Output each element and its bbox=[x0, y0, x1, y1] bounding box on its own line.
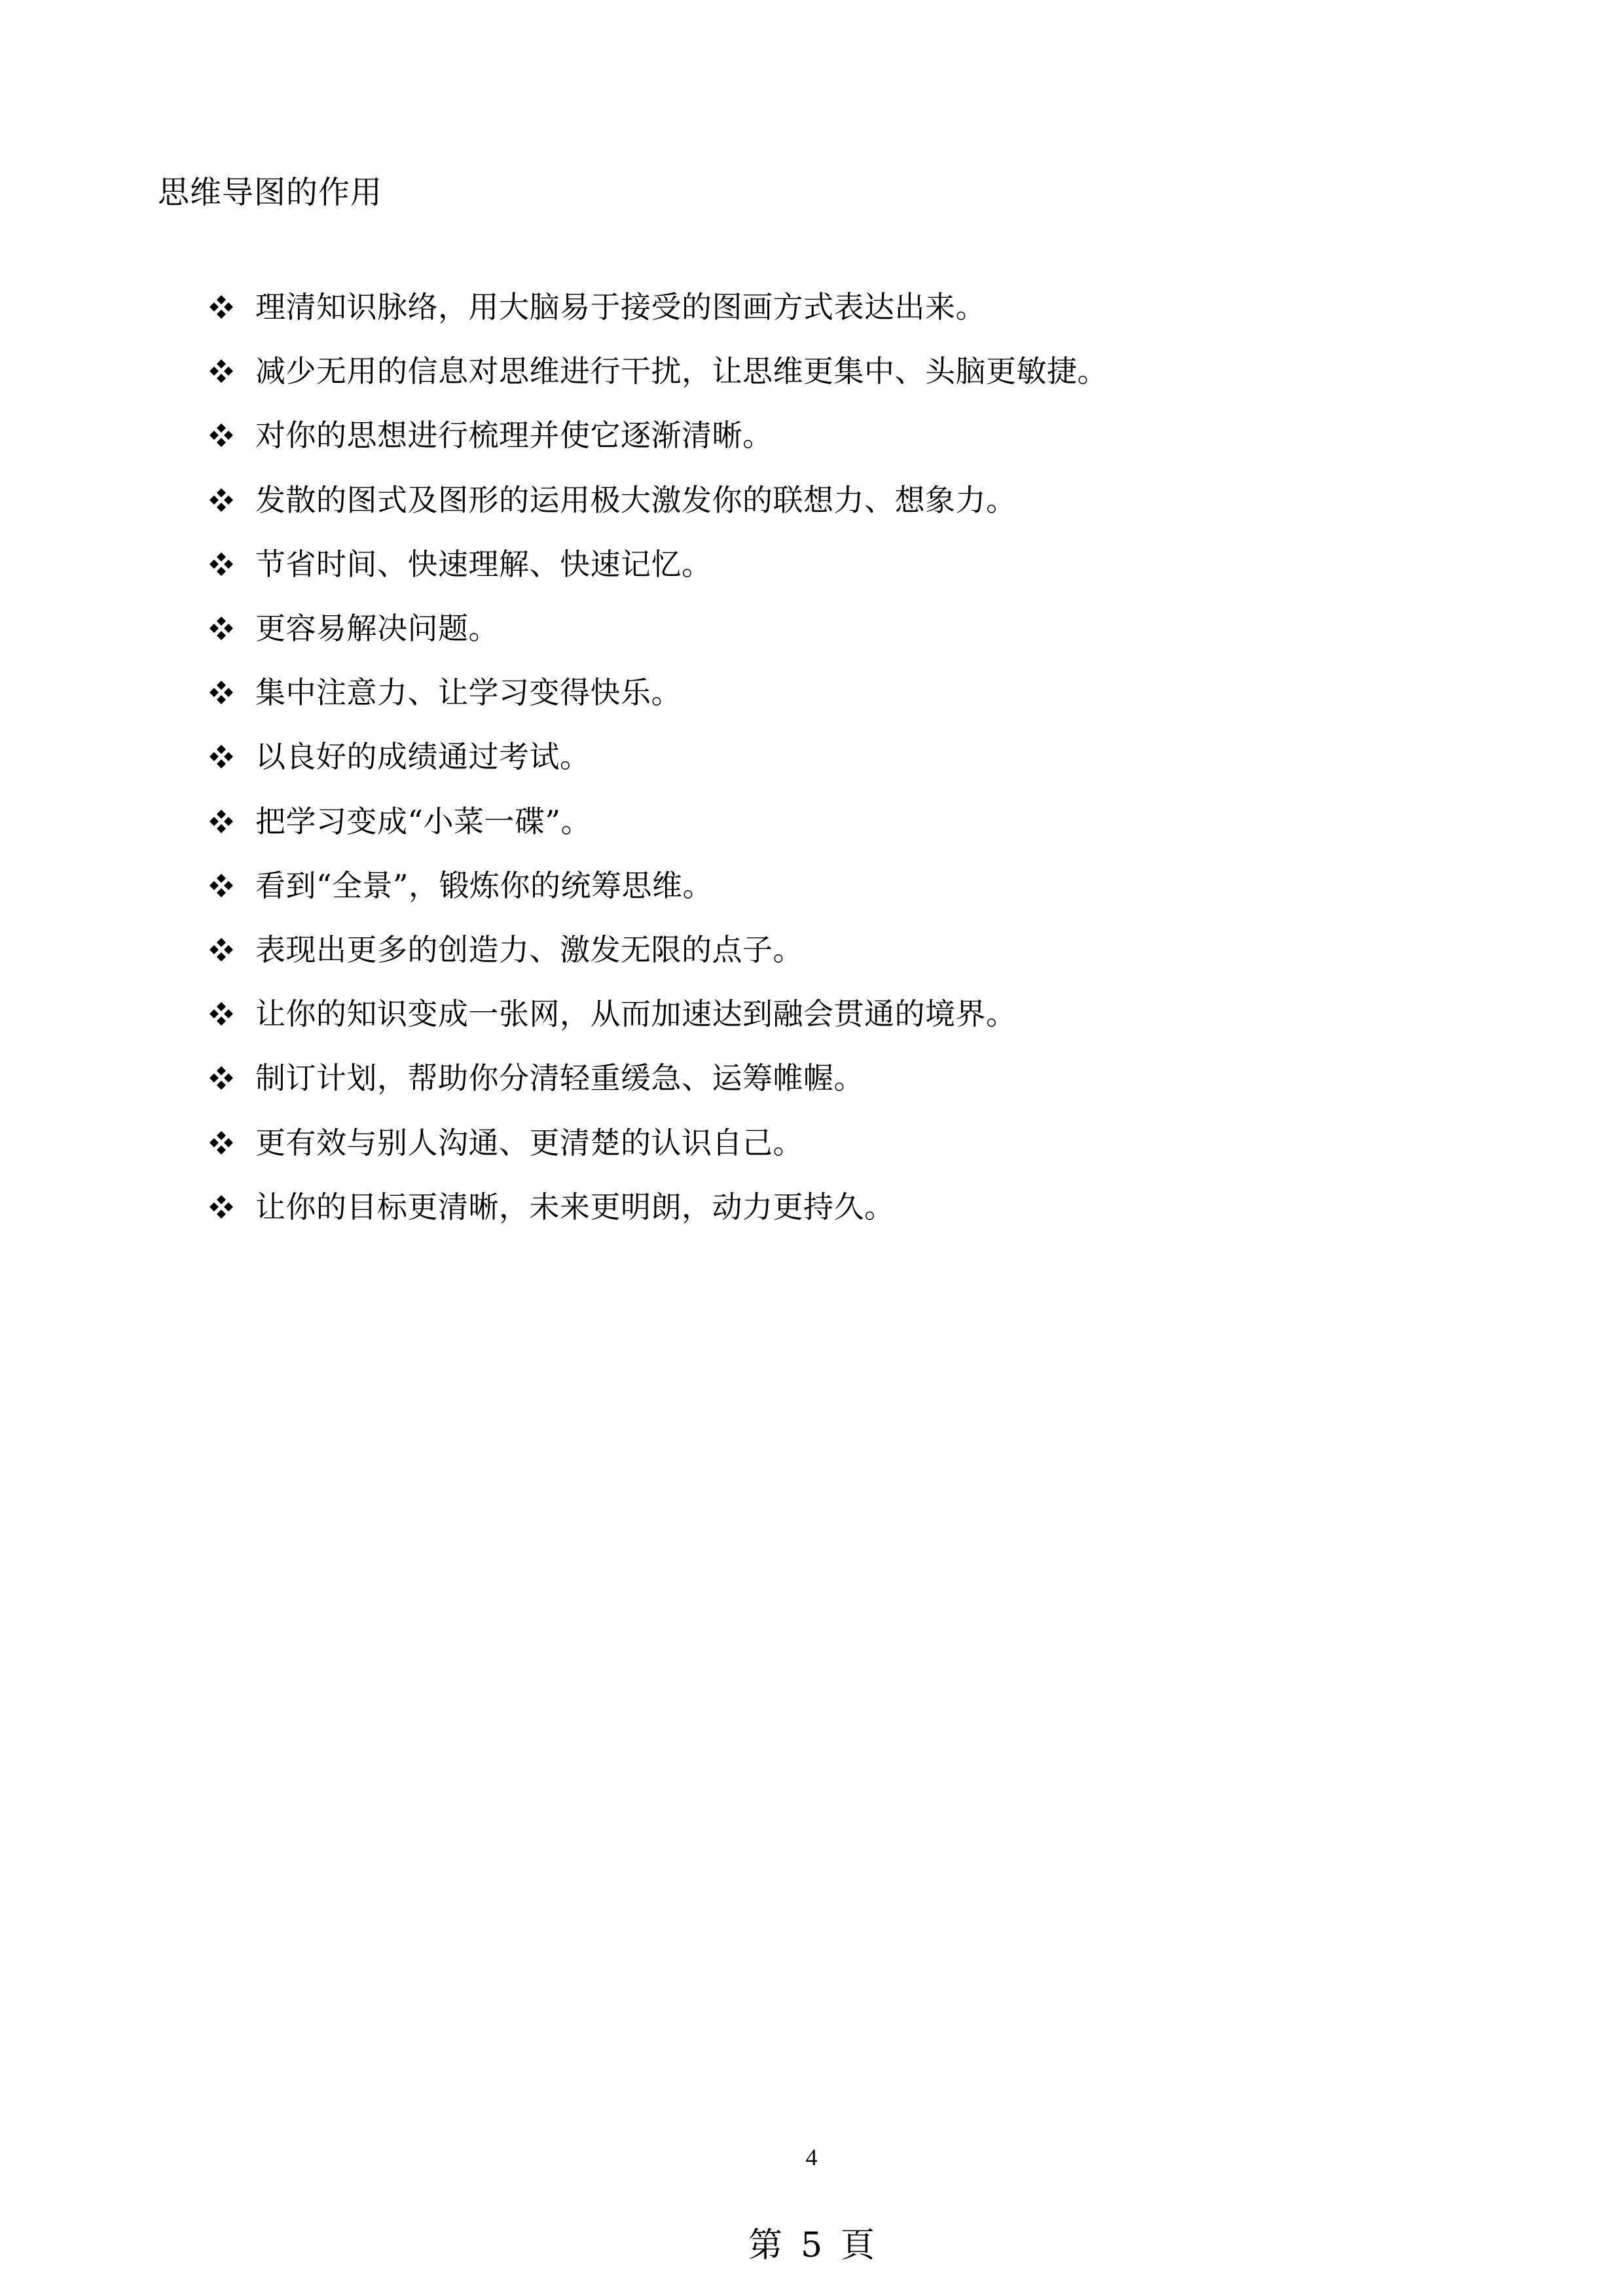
list-item: 把学习变成“小菜一碟”。 bbox=[208, 789, 1108, 853]
diamond-cluster-icon bbox=[208, 1194, 234, 1220]
page-label-prefix: 第 bbox=[748, 2226, 782, 2265]
diamond-cluster-icon bbox=[208, 1130, 234, 1156]
list-item: 更容易解决问题。 bbox=[208, 596, 1108, 660]
bullet-text: 看到“全景”，锻炼你的统筹思维。 bbox=[255, 866, 713, 905]
bullet-text: 发散的图式及图形的运用极大激发你的联想力、想象力。 bbox=[255, 480, 1017, 520]
page-label: 第5頁 bbox=[0, 2224, 1623, 2267]
bullet-text: 表现出更多的创造力、激发无限的点子。 bbox=[255, 930, 803, 969]
list-item: 集中注意力、让学习变得快乐。 bbox=[208, 660, 1108, 725]
diamond-cluster-icon bbox=[208, 679, 234, 706]
bullet-text: 让你的目标更清晰，未来更明朗，动力更持久。 bbox=[255, 1187, 895, 1227]
diamond-cluster-icon bbox=[208, 487, 234, 513]
bullet-text: 以良好的成绩通过考试。 bbox=[255, 737, 591, 776]
diamond-cluster-icon bbox=[208, 808, 234, 834]
document-page: 思维导图的作用 理清知识脉络，用大脑易于接受的图画方式表达出来。 减少无用的信息… bbox=[0, 0, 1623, 2296]
diamond-cluster-icon bbox=[208, 294, 234, 320]
page-number: 4 bbox=[0, 2142, 1623, 2173]
diamond-cluster-icon bbox=[208, 1065, 234, 1091]
list-item: 减少无用的信息对思维进行干扰，让思维更集中、头脑更敏捷。 bbox=[208, 339, 1108, 403]
list-item: 对你的思想进行梳理并使它逐渐清晰。 bbox=[208, 403, 1108, 467]
bullet-text: 制订计划，帮助你分清轻重缓急、运筹帷幄。 bbox=[255, 1058, 864, 1098]
diamond-cluster-icon bbox=[208, 358, 234, 384]
page-label-suffix: 頁 bbox=[841, 2226, 875, 2265]
bullet-text: 让你的知识变成一张网，从而加速达到融会贯通的境界。 bbox=[255, 994, 1017, 1033]
page-title: 思维导图的作用 bbox=[158, 171, 382, 213]
list-item: 表现出更多的创造力、激发无限的点子。 bbox=[208, 918, 1108, 982]
list-item: 制订计划，帮助你分清轻重缓急、运筹帷幄。 bbox=[208, 1046, 1108, 1110]
diamond-cluster-icon bbox=[208, 872, 234, 899]
list-item: 看到“全景”，锻炼你的统筹思维。 bbox=[208, 853, 1108, 918]
diamond-cluster-icon bbox=[208, 422, 234, 448]
list-item: 让你的目标更清晰，未来更明朗，动力更持久。 bbox=[208, 1175, 1108, 1239]
list-item: 理清知识脉络，用大脑易于接受的图画方式表达出来。 bbox=[208, 275, 1108, 339]
bullet-text: 更容易解决问题。 bbox=[255, 609, 499, 648]
bullet-text: 更有效与别人沟通、更清楚的认识自己。 bbox=[255, 1123, 803, 1162]
diamond-cluster-icon bbox=[208, 551, 234, 577]
bullet-text: 理清知识脉络，用大脑易于接受的图画方式表达出来。 bbox=[255, 287, 986, 327]
list-item: 节省时间、快速理解、快速记忆。 bbox=[208, 532, 1108, 596]
page-label-number: 5 bbox=[801, 2226, 822, 2265]
list-item: 发散的图式及图形的运用极大激发你的联想力、想象力。 bbox=[208, 468, 1108, 532]
bullet-text: 对你的思想进行梳理并使它逐渐清晰。 bbox=[255, 416, 773, 455]
list-item: 更有效与别人沟通、更清楚的认识自己。 bbox=[208, 1110, 1108, 1174]
diamond-cluster-icon bbox=[208, 615, 234, 641]
diamond-cluster-icon bbox=[208, 744, 234, 770]
diamond-cluster-icon bbox=[208, 937, 234, 963]
bullet-list: 理清知识脉络，用大脑易于接受的图画方式表达出来。 减少无用的信息对思维进行干扰，… bbox=[208, 275, 1108, 1239]
bullet-text: 节省时间、快速理解、快速记忆。 bbox=[255, 545, 712, 584]
list-item: 以良好的成绩通过考试。 bbox=[208, 725, 1108, 789]
bullet-text: 把学习变成“小菜一碟”。 bbox=[255, 802, 591, 841]
list-item: 让你的知识变成一张网，从而加速达到融会贯通的境界。 bbox=[208, 982, 1108, 1046]
diamond-cluster-icon bbox=[208, 1001, 234, 1027]
bullet-text: 集中注意力、让学习变得快乐。 bbox=[255, 673, 682, 712]
bullet-text: 减少无用的信息对思维进行干扰，让思维更集中、头脑更敏捷。 bbox=[255, 351, 1108, 391]
